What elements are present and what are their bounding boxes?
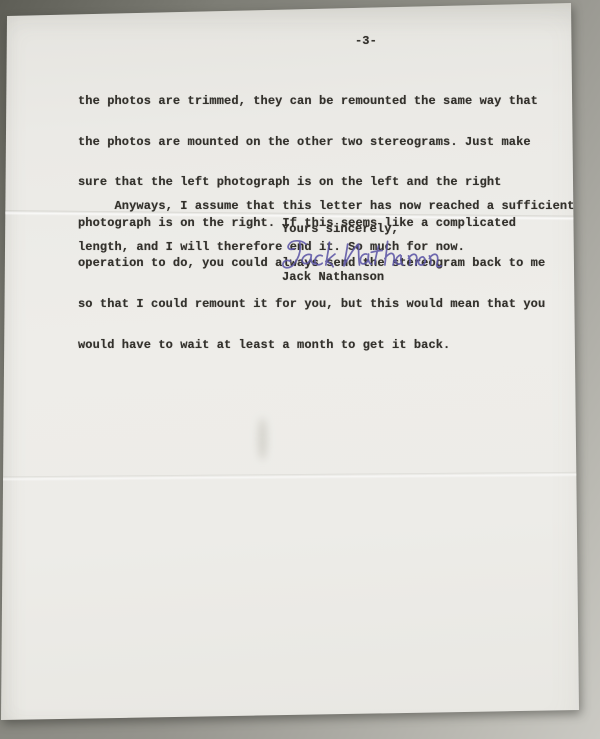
typed-line: Anyways, I assume that this letter has n… [78, 200, 574, 213]
typed-line: so that I could remount it for you, but … [78, 298, 545, 311]
signature-ink [283, 241, 441, 268]
letter-paper-wrap: -3- the photos are trimmed, they can be … [0, 0, 600, 739]
closing-salutation: Yours sincerely, [282, 222, 399, 236]
typed-line: the photos are trimmed, they can be remo… [78, 95, 545, 108]
photo-backdrop: -3- the photos are trimmed, they can be … [0, 0, 600, 739]
typed-line: the photos are mounted on the other two … [78, 136, 545, 149]
letter-paper: -3- the photos are trimmed, they can be … [0, 0, 600, 739]
handwritten-signature [275, 236, 443, 274]
typed-signature-name: Jack Nathanson [282, 270, 384, 284]
typed-line: would have to wait at least a month to g… [78, 339, 545, 352]
page-number: -3- [355, 34, 377, 48]
fold-crease-lower [0, 472, 600, 482]
paper-smudge [258, 418, 267, 460]
